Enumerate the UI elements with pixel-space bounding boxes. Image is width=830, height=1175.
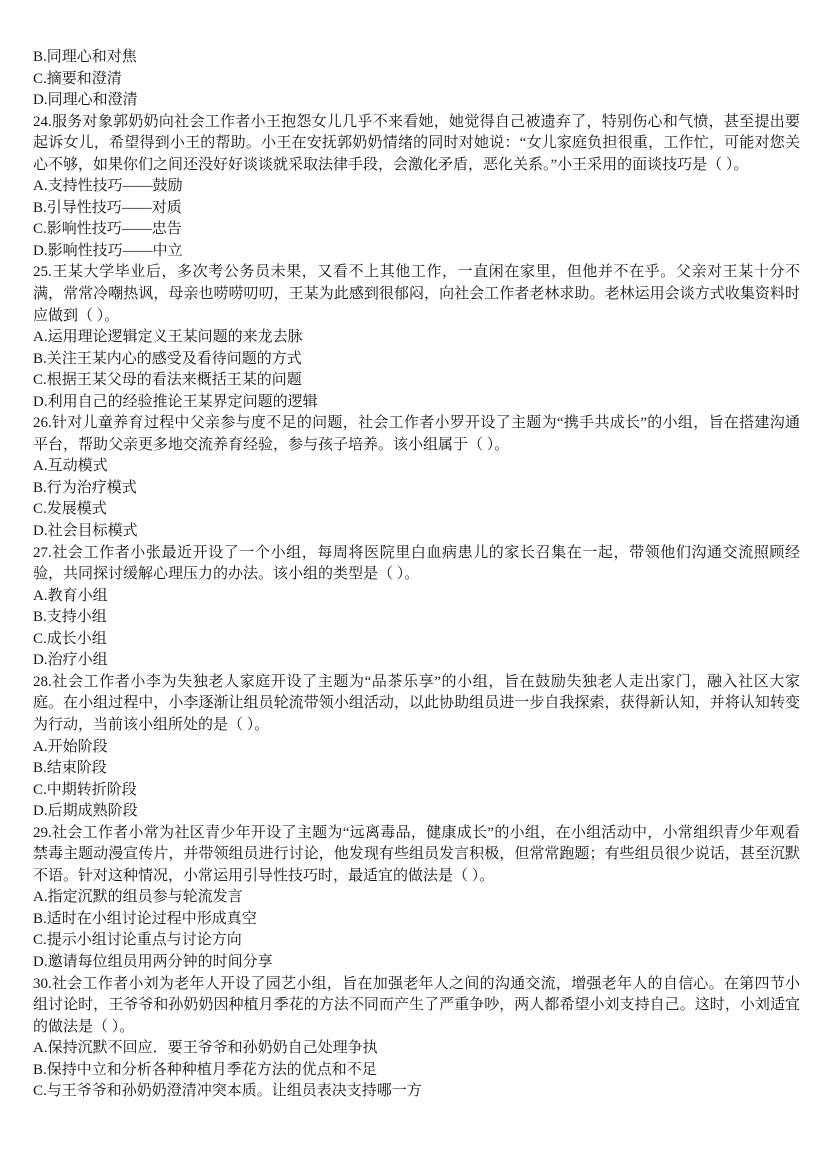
answer-option: C.与王爷爷和孙奶奶澄清冲突本质。让组员表决支持哪一方 (33, 1081, 800, 1103)
answer-option: C.中期转折阶段 (33, 780, 800, 802)
question-stem: 26.针对儿童养育过程中父亲参与度不足的问题，社会工作者小罗开设了主题为“携手共… (33, 413, 800, 456)
question-block-27: 27.社会工作者小张最近开设了一个小组，每周将医院里白血病患儿的家长召集在一起，… (33, 543, 800, 672)
question-block-30: 30.社会工作者小刘为老年人开设了园艺小组，旨在加强老年人之间的沟通交流，增强老… (33, 974, 800, 1103)
answer-option: B.引导性技巧——对质 (33, 198, 800, 220)
answer-option: A.教育小组 (33, 586, 800, 608)
question-stem: 28.社会工作者小李为失独老人家庭开设了主题为“品茶乐享”的小组，旨在鼓励失独老… (33, 672, 800, 737)
answer-option: B.结束阶段 (33, 758, 800, 780)
question-block-29: 29.社会工作者小常为社区青少年开设了主题为“远离毒品，健康成长”的小组，在小组… (33, 823, 800, 974)
question-block-26: 26.针对儿童养育过程中父亲参与度不足的问题，社会工作者小罗开设了主题为“携手共… (33, 413, 800, 542)
answer-option: C.影响性技巧——忠告 (33, 219, 800, 241)
answer-option: A.保持沉默不回应．要王爷爷和孙奶奶自己处理争执 (33, 1038, 800, 1060)
answer-option: D.利用自己的经验推论王某界定问题的逻辑 (33, 392, 800, 414)
answer-option: B.关注王某内心的感受及看待问题的方式 (33, 349, 800, 371)
answer-option: B.保持中立和分析各种种植月季花方法的优点和不足 (33, 1060, 800, 1082)
answer-option: D.后期成熟阶段 (33, 801, 800, 823)
answer-option: C.摘要和澄清 (33, 69, 800, 91)
carryover-options: B.同理心和对焦 C.摘要和澄清 D.同理心和澄清 (33, 47, 800, 112)
question-block-28: 28.社会工作者小李为失独老人家庭开设了主题为“品茶乐享”的小组，旨在鼓励失独老… (33, 672, 800, 823)
answer-option: D.同理心和澄清 (33, 90, 800, 112)
answer-option: A.互动模式 (33, 456, 800, 478)
question-block-25: 25.王某大学毕业后，多次考公务员未果，又看不上其他工作，一直闲在家里，但他并不… (33, 262, 800, 413)
answer-option: C.根据王某父母的看法来概括王某的问题 (33, 370, 800, 392)
answer-option: D.邀请每位组员用两分钟的时间分享 (33, 952, 800, 974)
answer-option: B.适时在小组讨论过程中形成真空 (33, 909, 800, 931)
answer-option: D.社会目标模式 (33, 521, 800, 543)
answer-option: A.运用理论逻辑定义王某问题的来龙去脉 (33, 327, 800, 349)
document-page: B.同理心和对焦 C.摘要和澄清 D.同理心和澄清 24.服务对象郭奶奶向社会工… (0, 0, 830, 1175)
answer-option: C.发展模式 (33, 499, 800, 521)
question-stem: 29.社会工作者小常为社区青少年开设了主题为“远离毒品，健康成长”的小组，在小组… (33, 823, 800, 888)
question-stem: 24.服务对象郭奶奶向社会工作者小王抱怨女儿几乎不来看她，她觉得自己被遗弃了，特… (33, 112, 800, 177)
answer-option: C.成长小组 (33, 629, 800, 651)
answer-option: A.支持性技巧——鼓励 (33, 176, 800, 198)
answer-option: A.指定沉默的组员参与轮流发言 (33, 887, 800, 909)
answer-option: B.行为治疗模式 (33, 478, 800, 500)
answer-option: A.开始阶段 (33, 737, 800, 759)
answer-option: B.支持小组 (33, 607, 800, 629)
question-stem: 25.王某大学毕业后，多次考公务员未果，又看不上其他工作，一直闲在家里，但他并不… (33, 262, 800, 327)
answer-option: C.提示小组讨论重点与讨论方向 (33, 930, 800, 952)
answer-option: D.治疗小组 (33, 650, 800, 672)
question-stem: 27.社会工作者小张最近开设了一个小组，每周将医院里白血病患儿的家长召集在一起，… (33, 543, 800, 586)
question-stem: 30.社会工作者小刘为老年人开设了园艺小组，旨在加强老年人之间的沟通交流，增强老… (33, 974, 800, 1039)
question-block-24: 24.服务对象郭奶奶向社会工作者小王抱怨女儿几乎不来看她，她觉得自己被遗弃了，特… (33, 112, 800, 263)
answer-option: D.影响性技巧——中立 (33, 241, 800, 263)
answer-option: B.同理心和对焦 (33, 47, 800, 69)
